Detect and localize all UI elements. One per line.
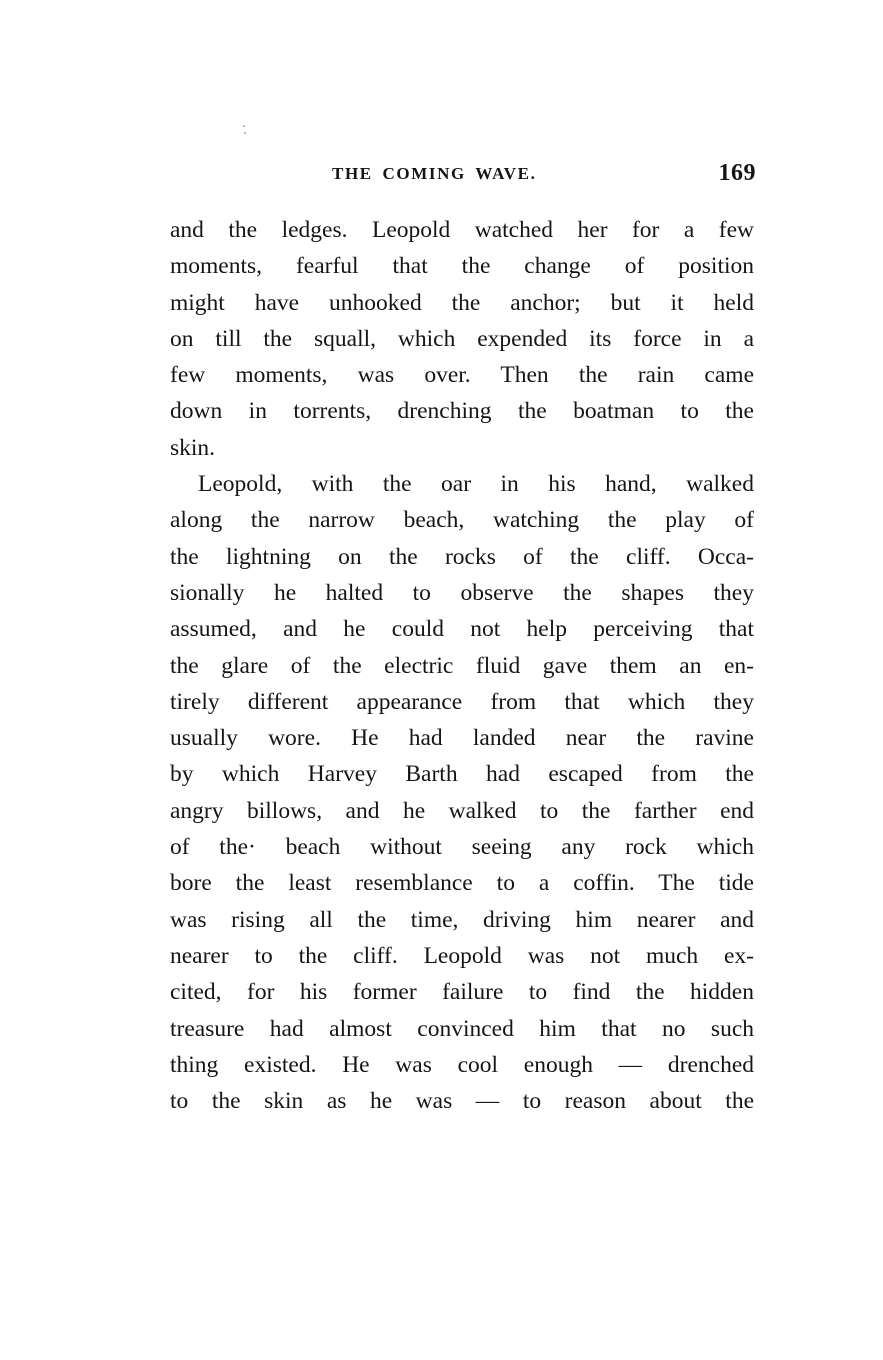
text-line: Leopold, with the oar in his hand, walke… — [170, 466, 754, 502]
text-line: on till the squall, which expended its f… — [170, 321, 754, 357]
scan-speck — [243, 125, 245, 127]
text-line: to the skin as he was — to reason about … — [170, 1083, 754, 1119]
text-line: tirely different appearance from that wh… — [170, 684, 754, 720]
running-header: THE COMING WAVE. 169 — [170, 160, 756, 194]
text-line: assumed, and he could not help perceivin… — [170, 611, 754, 647]
text-line: down in torrents, drenching the boatman … — [170, 393, 754, 429]
text-line: usually wore. He had landed near the rav… — [170, 720, 754, 756]
body-text: and the ledges. Leopold watched her for … — [170, 212, 754, 1119]
paragraph: and the ledges. Leopold watched her for … — [170, 212, 754, 466]
text-line: the glare of the electric fluid gave the… — [170, 648, 754, 684]
text-line: treasure had almost convinced him that n… — [170, 1011, 754, 1047]
text-line: of the· beach without seeing any rock wh… — [170, 829, 754, 865]
text-line: moments, fearful that the change of posi… — [170, 248, 754, 284]
text-line: by which Harvey Barth had escaped from t… — [170, 756, 754, 792]
text-line: skin. — [170, 430, 754, 466]
text-line: and the ledges. Leopold watched her for … — [170, 212, 754, 248]
running-title: THE COMING WAVE. — [332, 164, 536, 184]
text-line: nearer to the cliff. Leopold was not muc… — [170, 938, 754, 974]
text-line: thing existed. He was cool enough — dren… — [170, 1047, 754, 1083]
text-line: sionally he halted to observe the shapes… — [170, 575, 754, 611]
book-page: THE COMING WAVE. 169 and the ledges. Leo… — [0, 0, 883, 1360]
text-line: the lightning on the rocks of the cliff.… — [170, 539, 754, 575]
text-line: bore the least resemblance to a coffin. … — [170, 865, 754, 901]
text-line: along the narrow beach, watching the pla… — [170, 502, 754, 538]
page-number: 169 — [719, 160, 757, 187]
scan-speck — [244, 132, 246, 134]
text-line: angry billows, and he walked to the fart… — [170, 793, 754, 829]
text-line: was rising all the time, driving him nea… — [170, 902, 754, 938]
text-line: might have unhooked the anchor; but it h… — [170, 285, 754, 321]
text-line: few moments, was over. Then the rain cam… — [170, 357, 754, 393]
paragraph: Leopold, with the oar in his hand, walke… — [170, 466, 754, 1119]
text-line: cited, for his former failure to find th… — [170, 974, 754, 1010]
